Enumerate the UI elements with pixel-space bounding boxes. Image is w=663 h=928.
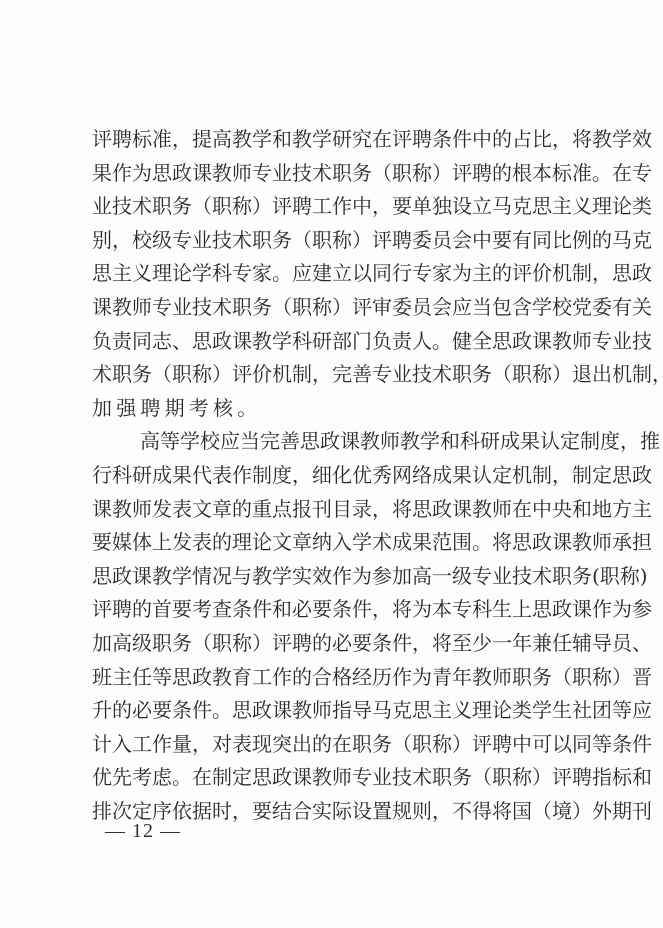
text-line: 班主任等思政教育工作的合格经历作为青年教师职务（职称）晋 [92,661,580,695]
text-line: 负责同志、思政课教学科研部门负责人。健全思政课教师专业技 [92,325,580,359]
text-line: 思政课教学情况与教学实效作为参加高一级专业技术职务(职称) [92,560,580,594]
text-line: 果作为思政课教师专业技术职务（职称）评聘的根本标准。在专 [92,157,580,191]
text-line: 行科研成果代表作制度，细化优秀网络成果认定机制，制定思政 [92,459,580,493]
text-line: 升的必要条件。思政课教师指导马克思主义理论类学生社团等应 [92,694,580,728]
text-line: 加高级职务（职称）评聘的必要条件，将至少一年兼任辅导员、 [92,627,580,661]
text-line: 计入工作量，对表现突出的在职务（职称）评聘中可以同等条件 [92,728,580,762]
paragraph-1: 评聘标准，提高教学和教学研究在评聘条件中的占比，将教学效 果作为思政课教师专业技… [92,123,580,425]
text-line: 高等学校应当完善思政课教师教学和科研成果认定制度，推 [92,425,580,459]
text-line: 评聘的首要考查条件和必要条件，将为本专科生上思政课作为参 [92,593,580,627]
text-line: 评聘标准，提高教学和教学研究在评聘条件中的占比，将教学效 [92,123,580,157]
text-line: 优先考虑。在制定思政课教师专业技术职务（职称）评聘指标和 [92,761,580,795]
document-page: 评聘标准，提高教学和教学研究在评聘条件中的占比，将教学效 果作为思政课教师专业技… [0,0,663,928]
text-line: 加强聘期考核。 [92,392,580,426]
text-line: 课教师发表文章的重点报刊目录，将思政课教师在中央和地方主 [92,493,580,527]
text-line: 要媒体上发表的理论文章纳入学术成果范围。将思政课教师承担 [92,526,580,560]
text-line: 课教师专业技术职务（职称）评审委员会应当包含学校党委有关 [92,291,580,325]
text-line: 术职务（职称）评价机制，完善专业技术职务（职称）退出机制， [92,358,580,392]
body-text: 评聘标准，提高教学和教学研究在评聘条件中的占比，将教学效 果作为思政课教师专业技… [92,123,580,828]
text-line: 业技术职务（职称）评聘工作中，要单独设立马克思主义理论类 [92,190,580,224]
text-line: 思主义理论学科专家。应建立以同行专家为主的评价机制，思政 [92,257,580,291]
page-number: — 12 — [105,820,181,843]
text-line: 别，校级专业技术职务（职称）评聘委员会中要有同比例的马克 [92,224,580,258]
paragraph-2: 高等学校应当完善思政课教师教学和科研成果认定制度，推 行科研成果代表作制度，细化… [92,425,580,828]
